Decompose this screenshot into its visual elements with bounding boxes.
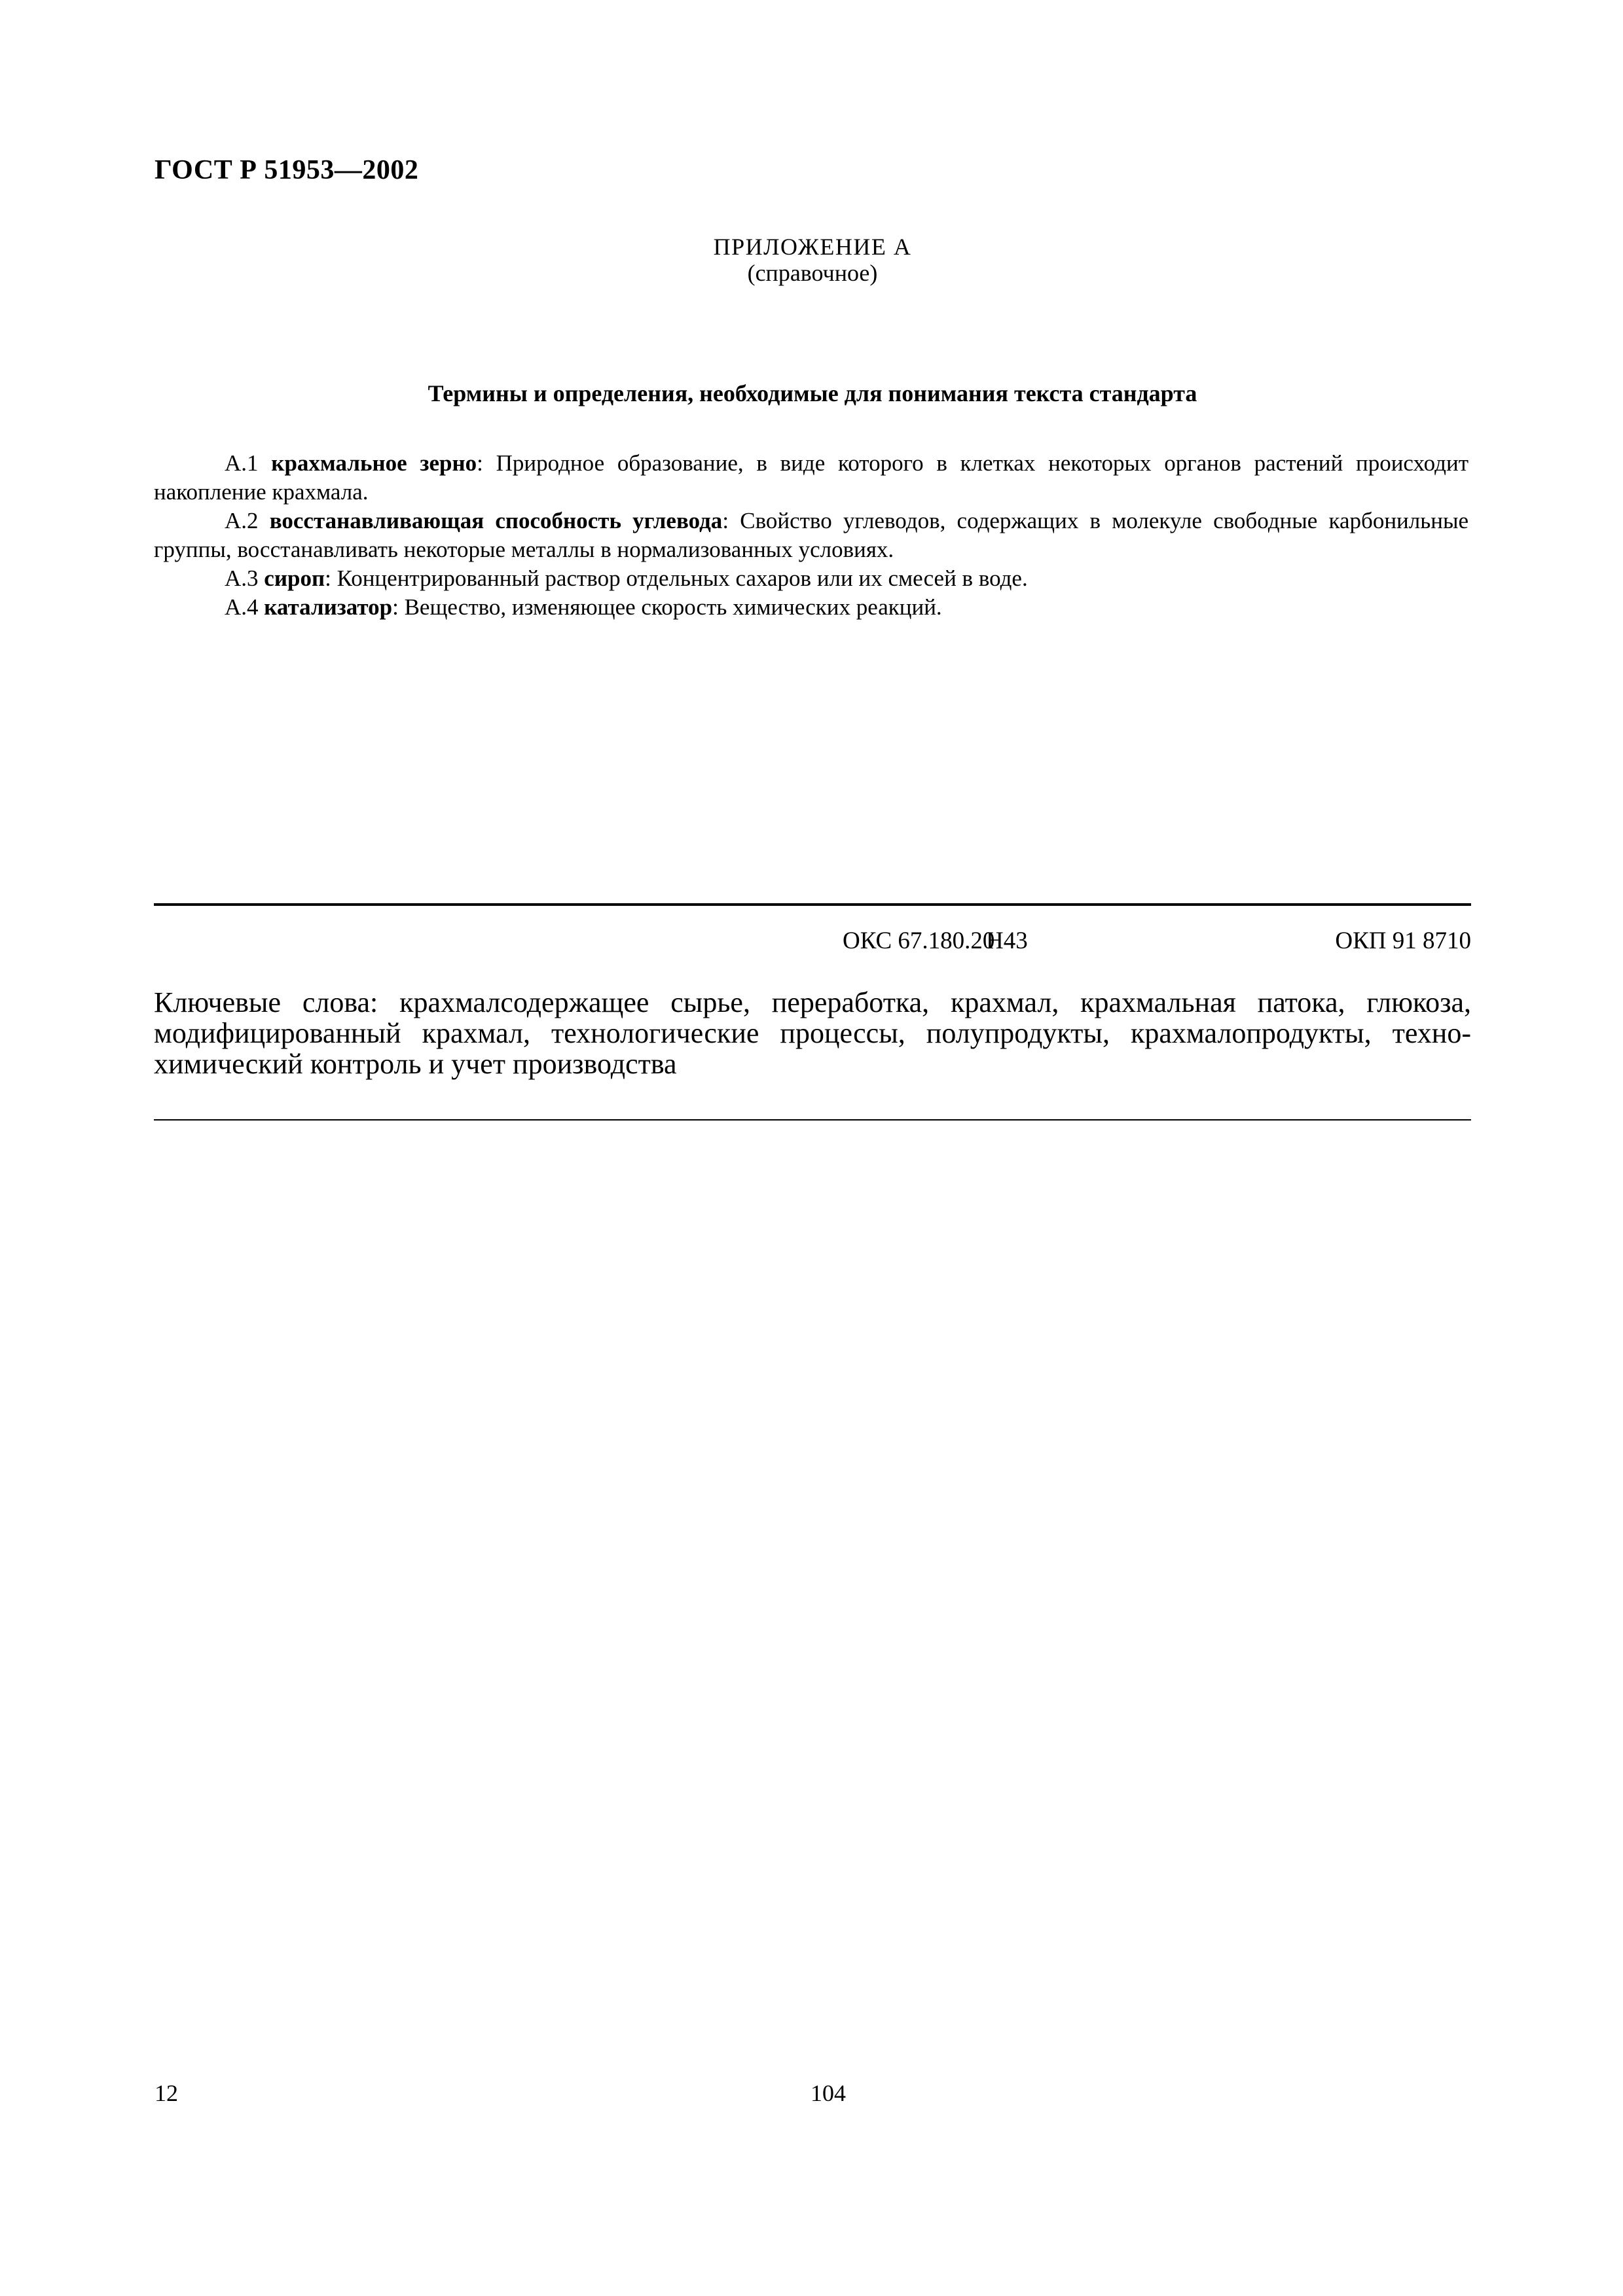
classification-codes: ОКС 67.180.20 Н43 ОКП 91 8710 [154, 927, 1471, 956]
document-code: ГОСТ Р 51953—2002 [155, 154, 418, 186]
document-page: ГОСТ Р 51953—2002 ПРИЛОЖЕНИЕ А (справочн… [0, 0, 1623, 2296]
section-heading: Термины и определения, необходимые для п… [154, 379, 1471, 408]
appendix-header: ПРИЛОЖЕНИЕ А (справочное) [154, 234, 1471, 286]
definition-text: : Концентрированный раствор отдельных са… [325, 565, 1028, 591]
definition-number: А.4 [225, 594, 264, 620]
definition-item: А.2 восстанавливающая способность углево… [154, 507, 1468, 564]
definition-number: А.2 [225, 508, 270, 533]
appendix-subtitle: (справочное) [154, 260, 1471, 286]
category-code: Н43 [986, 927, 1028, 956]
definition-text: : Вещество, изменяющее скорость химическ… [392, 594, 942, 620]
okp-code: ОКП 91 8710 [1335, 927, 1471, 956]
definition-term: катализатор [264, 594, 392, 620]
definition-item: А.1 крахмальное зерно: Природное образов… [154, 449, 1468, 507]
oks-code: ОКС 67.180.20 [843, 927, 994, 956]
definition-item: А.3 сироп: Концентрированный раствор отд… [154, 564, 1468, 593]
keywords-paragraph: Ключевые слова: крахмалсодержащее сырье,… [154, 987, 1471, 1079]
definition-term: крахмальное зерно [271, 450, 477, 476]
definition-number: А.1 [225, 450, 271, 476]
definition-term: восстанавливающая способность углевода [270, 508, 723, 533]
definitions-list: А.1 крахмальное зерно: Природное образов… [154, 449, 1468, 622]
definition-item: А.4 катализатор: Вещество, изменяющее ск… [154, 593, 1468, 622]
divider-thin [154, 1119, 1471, 1121]
page-number-center: 104 [811, 2080, 846, 2106]
appendix-title: ПРИЛОЖЕНИЕ А [154, 234, 1471, 260]
definition-term: сироп [264, 565, 325, 591]
divider-thick [154, 903, 1471, 906]
page-number-left: 12 [155, 2080, 178, 2106]
definition-number: А.3 [225, 565, 264, 591]
